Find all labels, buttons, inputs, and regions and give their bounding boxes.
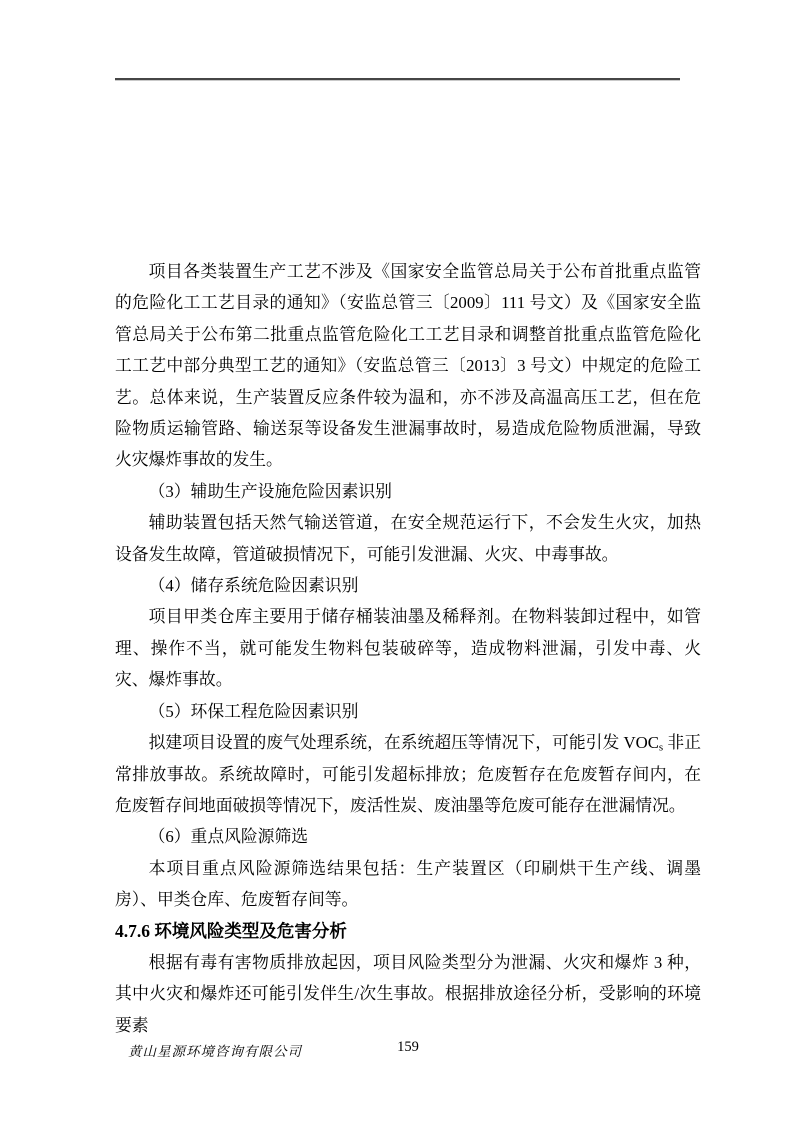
text-run: 本项目重点风险源筛选结果包括：生产装置区（印刷烘干生产线、调墨房）、甲类仓库、危…: [115, 859, 701, 909]
paragraph: 项目甲类仓库主要用于储存桶装油墨及稀释剂。在物料装卸过程中，如管理、操作不当，就…: [115, 601, 701, 695]
paragraph: 项目各类装置生产工艺不涉及《国家安全监管总局关于公布首批重点监管的危险化工工艺目…: [115, 256, 701, 476]
paragraph: （4）储存系统危险因素识别: [115, 570, 701, 601]
paragraph: 拟建项目设置的废气处理系统，在系统超压等情况下，可能引发 VOCs 非正常排放事…: [115, 727, 701, 821]
text-run: 拟建项目设置的废气处理系统，在系统超压等情况下，可能引发 VOC: [149, 733, 659, 752]
header-rule: [115, 78, 680, 81]
text-run: 项目各类装置生产工艺不涉及《国家安全监管总局关于公布首批重点监管的危险化工工艺目…: [115, 262, 701, 469]
paragraph: 本项目重点风险源筛选结果包括：生产装置区（印刷烘干生产线、调墨房）、甲类仓库、危…: [115, 853, 701, 916]
paragraph: （6）重点风险源筛选: [115, 821, 701, 852]
page-number: 159: [115, 1039, 701, 1056]
paragraph: 根据有毒有害物质排放起因，项目风险类型分为泄漏、火灾和爆炸 3 种，其中火灾和爆…: [115, 947, 701, 1041]
text-run: （3）辅助生产设施危险因素识别: [149, 482, 392, 501]
text-run: （5）环保工程危险因素识别: [149, 702, 359, 721]
document-page: 项目各类装置生产工艺不涉及《国家安全监管总局关于公布首批重点监管的危险化工工艺目…: [0, 0, 793, 1122]
text-run: 根据有毒有害物质排放起因，项目风险类型分为泄漏、火灾和爆炸 3 种，其中火灾和爆…: [115, 953, 701, 1035]
text-run: （6）重点风险源筛选: [149, 827, 308, 846]
document-body: 项目各类装置生产工艺不涉及《国家安全监管总局关于公布首批重点监管的危险化工工艺目…: [115, 256, 701, 1041]
paragraph: 辅助装置包括天然气输送管道，在安全规范运行下，不会发生火灾，加热设备发生故障，管…: [115, 507, 701, 570]
paragraph: （3）辅助生产设施危险因素识别: [115, 476, 701, 507]
section-heading: 4.7.6 环境风险类型及危害分析: [115, 916, 701, 947]
text-run: （4）储存系统危险因素识别: [149, 576, 359, 595]
text-run: 项目甲类仓库主要用于储存桶装油墨及稀释剂。在物料装卸过程中，如管理、操作不当，就…: [115, 607, 701, 689]
text-run: 辅助装置包括天然气输送管道，在安全规范运行下，不会发生火灾，加热设备发生故障，管…: [115, 513, 701, 563]
text-run: 4.7.6 环境风险类型及危害分析: [115, 921, 347, 941]
paragraph: （5）环保工程危险因素识别: [115, 696, 701, 727]
